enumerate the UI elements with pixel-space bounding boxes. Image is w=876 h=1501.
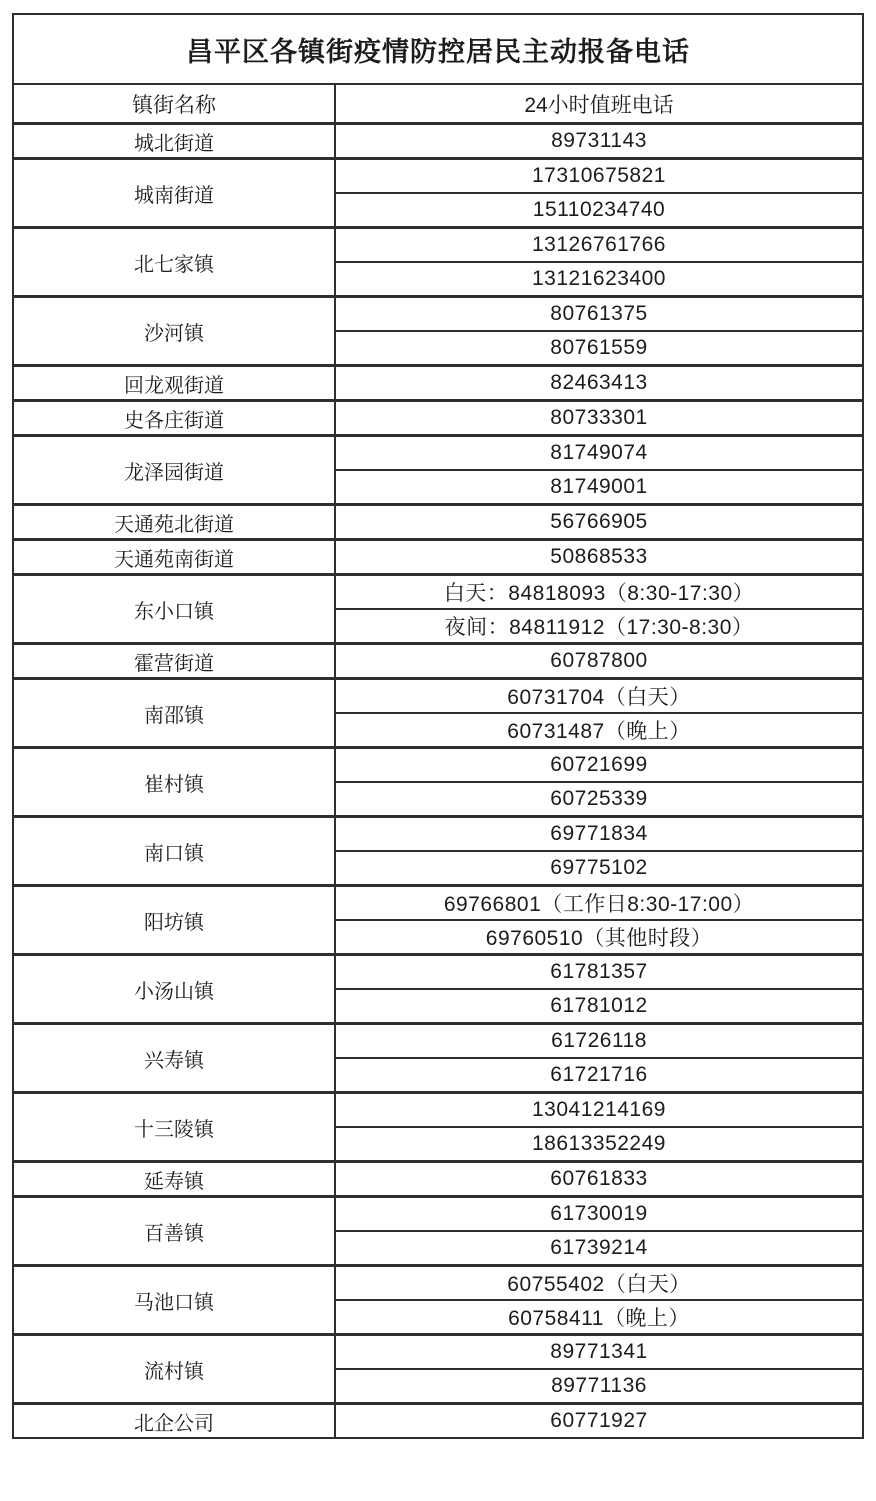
header-row: 镇街名称 24小时值班电话 [13, 84, 863, 124]
town-name-cell: 天通苑北街道 [13, 505, 335, 540]
phone-cell: 50868533 [335, 540, 863, 575]
town-name-cell: 天通苑南街道 [13, 540, 335, 575]
table-row: 百善镇61730019 [13, 1197, 863, 1232]
phone-cell: 60731704（白天） [335, 679, 863, 714]
town-name-cell: 霍营街道 [13, 644, 335, 679]
table-row: 十三陵镇13041214169 [13, 1093, 863, 1128]
phone-cell: 61739214 [335, 1231, 863, 1266]
town-name-cell: 南口镇 [13, 817, 335, 886]
town-name-cell: 兴寿镇 [13, 1024, 335, 1093]
town-name-cell: 百善镇 [13, 1197, 335, 1266]
phone-cell: 56766905 [335, 505, 863, 540]
table-row: 史各庄街道80733301 [13, 401, 863, 436]
table-row: 延寿镇60761833 [13, 1162, 863, 1197]
table-row: 霍营街道60787800 [13, 644, 863, 679]
town-name-cell: 小汤山镇 [13, 955, 335, 1024]
table-row: 阳坊镇69766801（工作日8:30-17:00） [13, 886, 863, 921]
table-row: 南邵镇60731704（白天） [13, 679, 863, 714]
table-row: 天通苑南街道50868533 [13, 540, 863, 575]
table-row: 南口镇69771834 [13, 817, 863, 852]
phone-table: 昌平区各镇街疫情防控居民主动报备电话 镇街名称 24小时值班电话 城北街道897… [12, 13, 864, 1439]
phone-cell: 60787800 [335, 644, 863, 679]
page: 昌平区各镇街疫情防控居民主动报备电话 镇街名称 24小时值班电话 城北街道897… [0, 0, 876, 1501]
phone-cell: 17310675821 [335, 159, 863, 194]
table-row: 城北街道89731143 [13, 124, 863, 159]
table-row: 马池口镇60755402（白天） [13, 1266, 863, 1301]
phone-cell: 89771341 [335, 1335, 863, 1370]
town-name-cell: 十三陵镇 [13, 1093, 335, 1162]
town-name-cell: 阳坊镇 [13, 886, 335, 955]
table-row: 龙泽园街道81749074 [13, 436, 863, 471]
table-row: 北企公司60771927 [13, 1404, 863, 1439]
phone-cell: 81749074 [335, 436, 863, 471]
phone-cell: 69771834 [335, 817, 863, 852]
table-row: 城南街道17310675821 [13, 159, 863, 194]
table-row: 东小口镇白天：84818093（8:30-17:30） [13, 575, 863, 610]
table-body: 城北街道89731143城南街道1731067582115110234740北七… [13, 124, 863, 1439]
phone-cell: 80761375 [335, 297, 863, 332]
phone-cell: 61781357 [335, 955, 863, 990]
town-name-cell: 龙泽园街道 [13, 436, 335, 505]
town-name-cell: 南邵镇 [13, 679, 335, 748]
phone-cell: 61726118 [335, 1024, 863, 1059]
table-row: 小汤山镇61781357 [13, 955, 863, 990]
phone-cell: 80761559 [335, 331, 863, 366]
phone-cell: 60761833 [335, 1162, 863, 1197]
town-name-cell: 崔村镇 [13, 748, 335, 817]
phone-cell: 69775102 [335, 851, 863, 886]
phone-cell: 60758411（晚上） [335, 1300, 863, 1335]
column-header-phone: 24小时值班电话 [335, 84, 863, 124]
phone-cell: 60725339 [335, 782, 863, 817]
phone-cell: 61721716 [335, 1058, 863, 1093]
phone-cell: 13126761766 [335, 228, 863, 263]
town-name-cell: 城南街道 [13, 159, 335, 228]
title-row: 昌平区各镇街疫情防控居民主动报备电话 [13, 14, 863, 84]
town-name-cell: 史各庄街道 [13, 401, 335, 436]
phone-cell: 18613352249 [335, 1127, 863, 1162]
phone-cell: 60755402（白天） [335, 1266, 863, 1301]
table-row: 兴寿镇61726118 [13, 1024, 863, 1059]
table-row: 崔村镇60721699 [13, 748, 863, 783]
phone-cell: 89731143 [335, 124, 863, 159]
phone-cell: 15110234740 [335, 193, 863, 228]
phone-cell: 13041214169 [335, 1093, 863, 1128]
town-name-cell: 城北街道 [13, 124, 335, 159]
town-name-cell: 北企公司 [13, 1404, 335, 1439]
table-row: 流村镇89771341 [13, 1335, 863, 1370]
phone-cell: 80733301 [335, 401, 863, 436]
town-name-cell: 流村镇 [13, 1335, 335, 1404]
column-header-town-name: 镇街名称 [13, 84, 335, 124]
town-name-cell: 延寿镇 [13, 1162, 335, 1197]
phone-cell: 60731487（晚上） [335, 713, 863, 748]
table-row: 回龙观街道82463413 [13, 366, 863, 401]
town-name-cell: 北七家镇 [13, 228, 335, 297]
phone-cell: 白天：84818093（8:30-17:30） [335, 575, 863, 610]
table-title: 昌平区各镇街疫情防控居民主动报备电话 [13, 14, 863, 84]
phone-cell: 69760510（其他时段） [335, 920, 863, 955]
phone-cell: 61730019 [335, 1197, 863, 1232]
town-name-cell: 沙河镇 [13, 297, 335, 366]
phone-cell: 60721699 [335, 748, 863, 783]
phone-cell: 81749001 [335, 470, 863, 505]
phone-cell: 13121623400 [335, 262, 863, 297]
table-row: 沙河镇80761375 [13, 297, 863, 332]
phone-cell: 89771136 [335, 1369, 863, 1404]
town-name-cell: 东小口镇 [13, 575, 335, 644]
town-name-cell: 马池口镇 [13, 1266, 335, 1335]
phone-cell: 60771927 [335, 1404, 863, 1439]
table-row: 北七家镇13126761766 [13, 228, 863, 263]
phone-cell: 夜间：84811912（17:30-8:30） [335, 609, 863, 644]
phone-cell: 69766801（工作日8:30-17:00） [335, 886, 863, 921]
phone-cell: 82463413 [335, 366, 863, 401]
table-row: 天通苑北街道56766905 [13, 505, 863, 540]
town-name-cell: 回龙观街道 [13, 366, 335, 401]
phone-cell: 61781012 [335, 989, 863, 1024]
